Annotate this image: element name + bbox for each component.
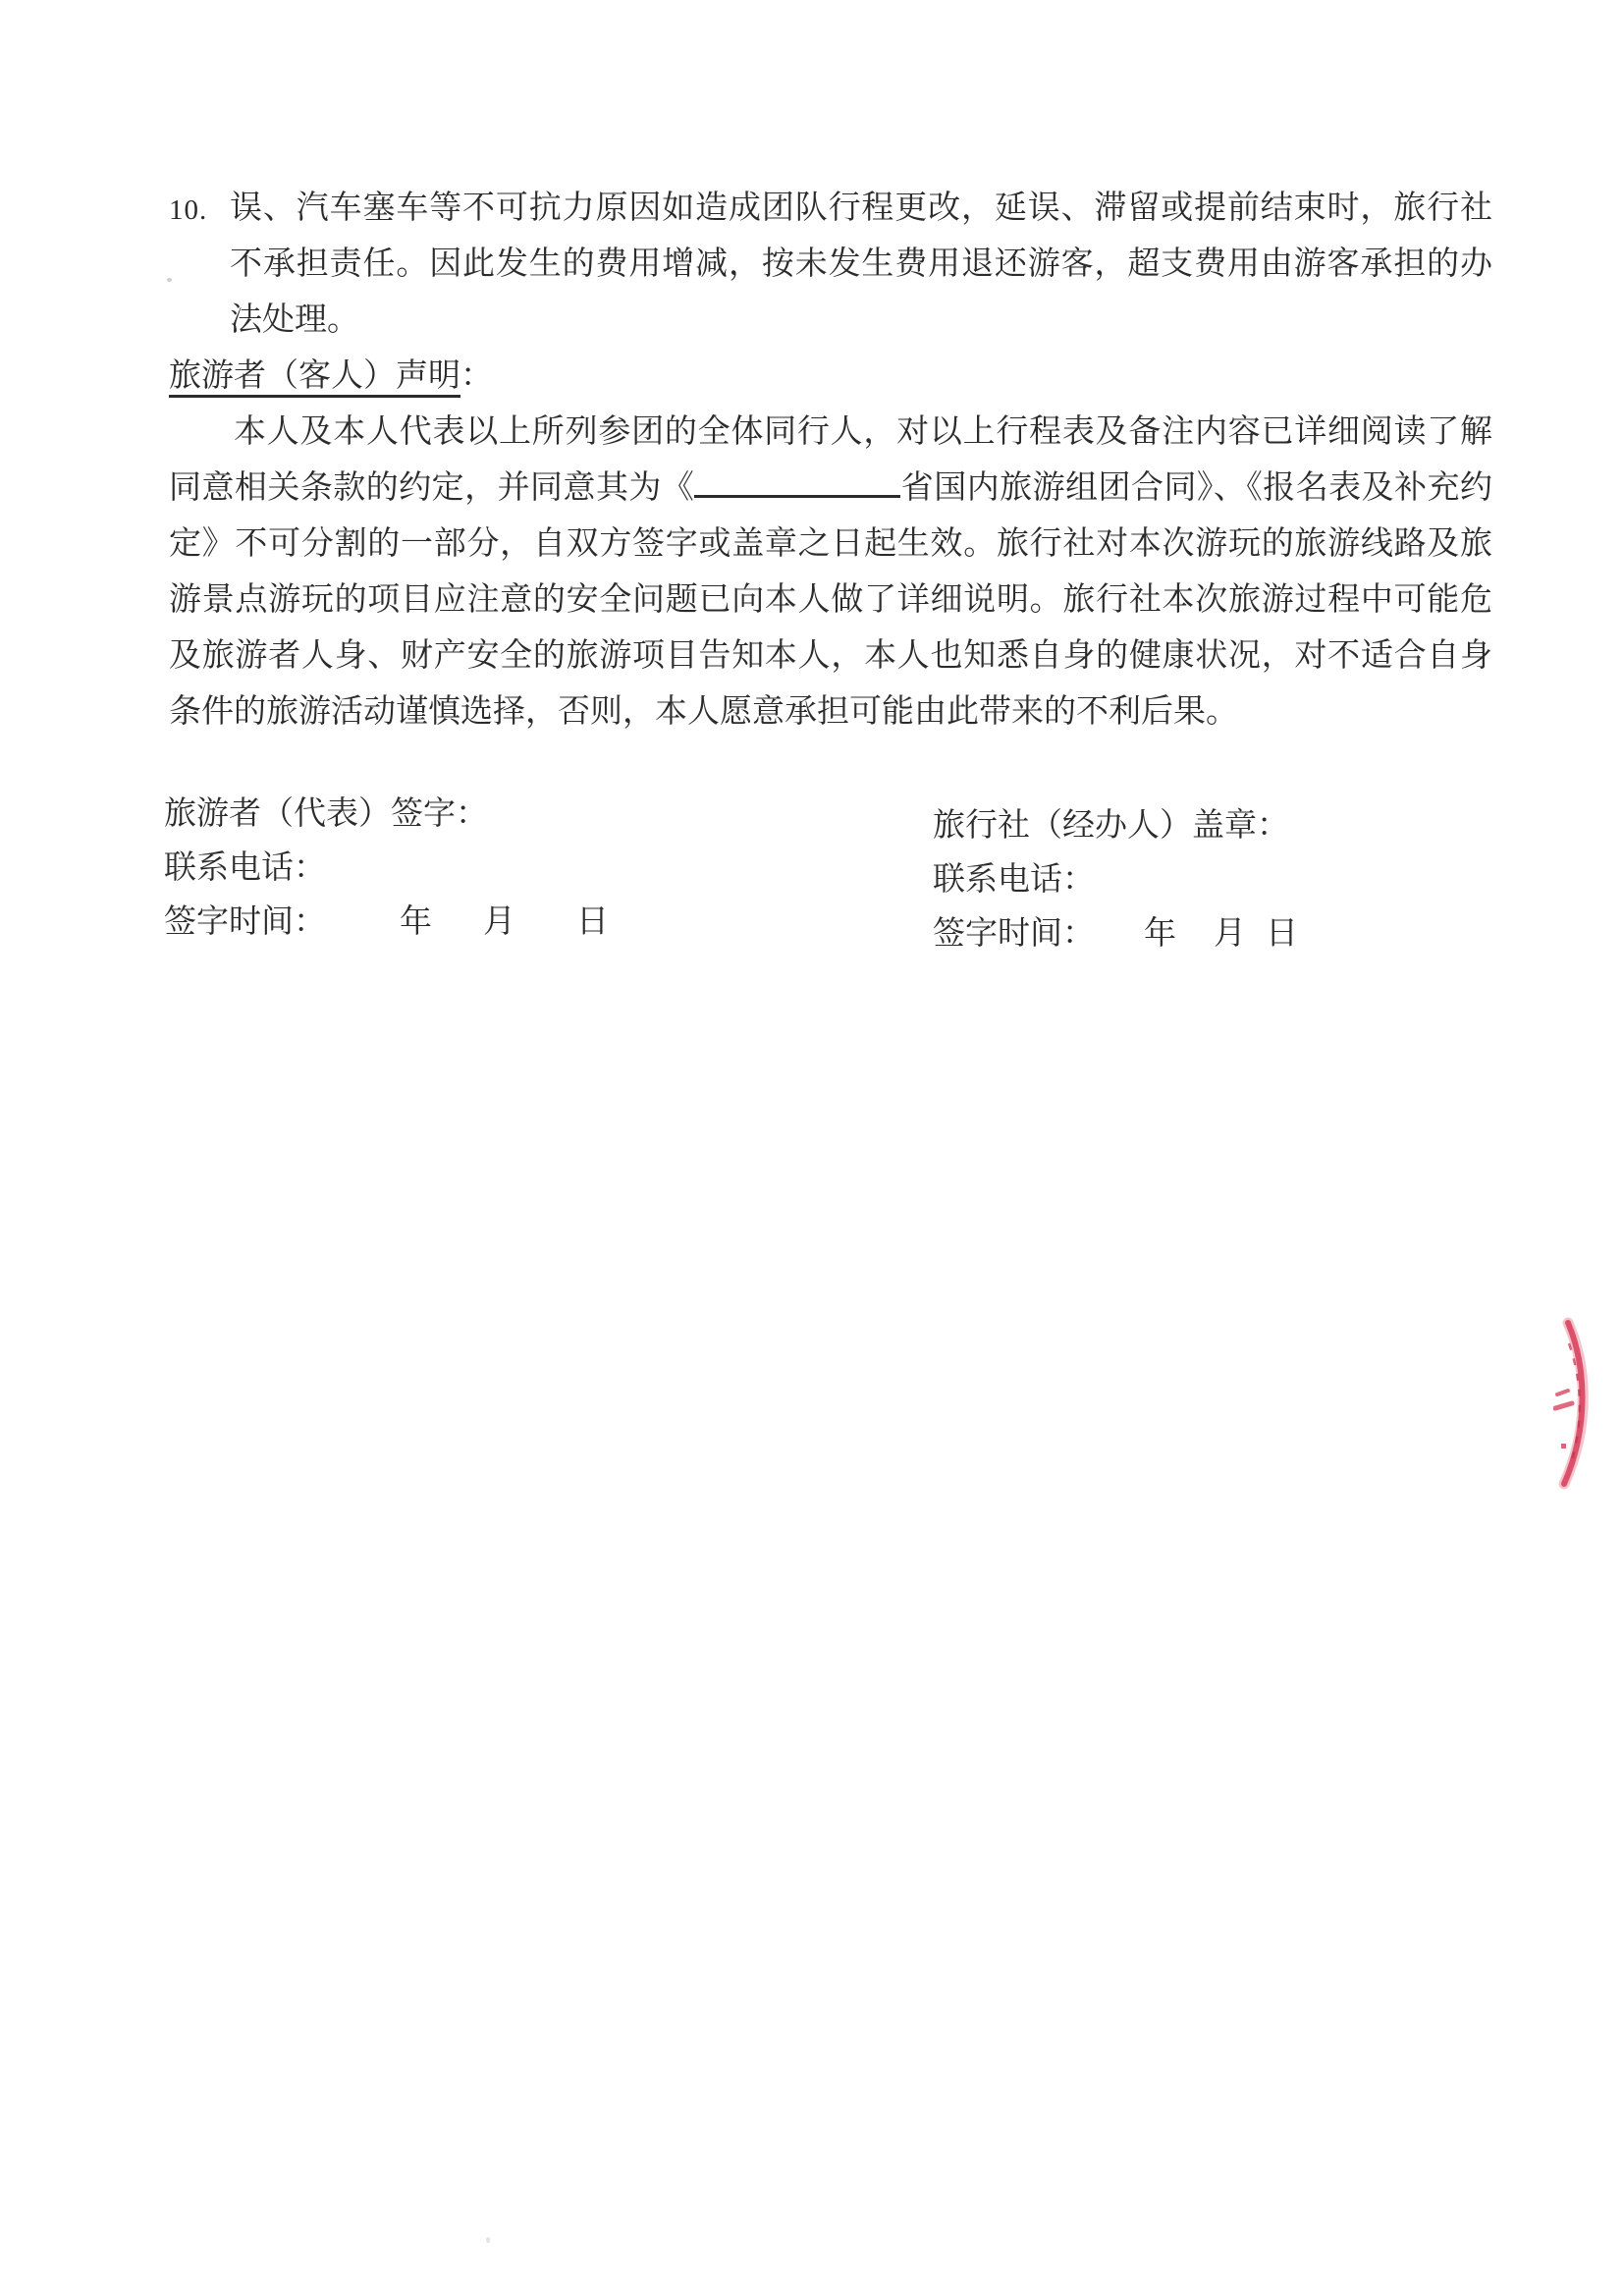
traveler-date-day: 日 <box>576 904 609 940</box>
traveler-signature-block: 旅游者（代表）签字： 联系电话： 签字时间：年月日 <box>164 788 609 950</box>
partial-red-seal-stamp-icon <box>1553 1316 1610 1491</box>
declaration-paragraph: 本人及本人代表以上所列参团的全体同行人，对以上行程表及备注内容已详细阅读了解同意… <box>169 405 1492 740</box>
agency-date-month: 月 <box>1214 916 1246 952</box>
declaration-text-after-blank: 省国内旅游组团合同》、《报名表及补充约定》不可分割的一部分，自双方签字或盖章之日… <box>169 470 1492 730</box>
clause-10: 10. 误、汽车塞车等不可抗力原因如造成团队行程更改，延误、滞留或提前结束时，旅… <box>169 181 1492 349</box>
traveler-date-line: 签字时间：年月日 <box>164 896 609 950</box>
document-body: 10. 误、汽车塞车等不可抗力原因如造成团队行程更改，延误、滞留或提前结束时，旅… <box>169 181 1492 740</box>
clause-10-text: 误、汽车塞车等不可抗力原因如造成团队行程更改，延误、滞留或提前结束时，旅行社不承… <box>230 181 1492 349</box>
agency-date-label: 签字时间： <box>933 916 1095 952</box>
traveler-date-month: 月 <box>483 904 515 940</box>
scan-speck <box>167 278 172 282</box>
declaration-heading-text: 旅游者（客人）声明 <box>169 358 460 398</box>
agency-signature-block: 旅行社（经办人）盖章： 联系电话： 签字时间：年月日 <box>933 799 1298 961</box>
scan-speck <box>486 2237 490 2243</box>
agency-stamp-label: 旅行社（经办人）盖章： <box>933 799 1298 853</box>
agency-date-line: 签字时间：年月日 <box>933 907 1298 961</box>
clause-10-number: 10. <box>169 181 230 349</box>
agency-date-year: 年 <box>1144 916 1176 952</box>
declaration-heading: 旅游者（客人）声明： <box>169 349 1492 405</box>
traveler-sign-label: 旅游者（代表）签字： <box>164 788 609 842</box>
declaration-heading-colon: ： <box>460 358 493 394</box>
agency-phone-label: 联系电话： <box>933 853 1298 907</box>
contract-province-blank <box>694 488 900 498</box>
traveler-date-year: 年 <box>400 904 432 940</box>
scanned-contract-page: 10. 误、汽车塞车等不可抗力原因如造成团队行程更改，延误、滞留或提前结束时，旅… <box>0 0 1623 2296</box>
agency-date-day: 日 <box>1266 916 1298 952</box>
traveler-phone-label: 联系电话： <box>164 842 609 896</box>
traveler-date-label: 签字时间： <box>164 904 326 940</box>
